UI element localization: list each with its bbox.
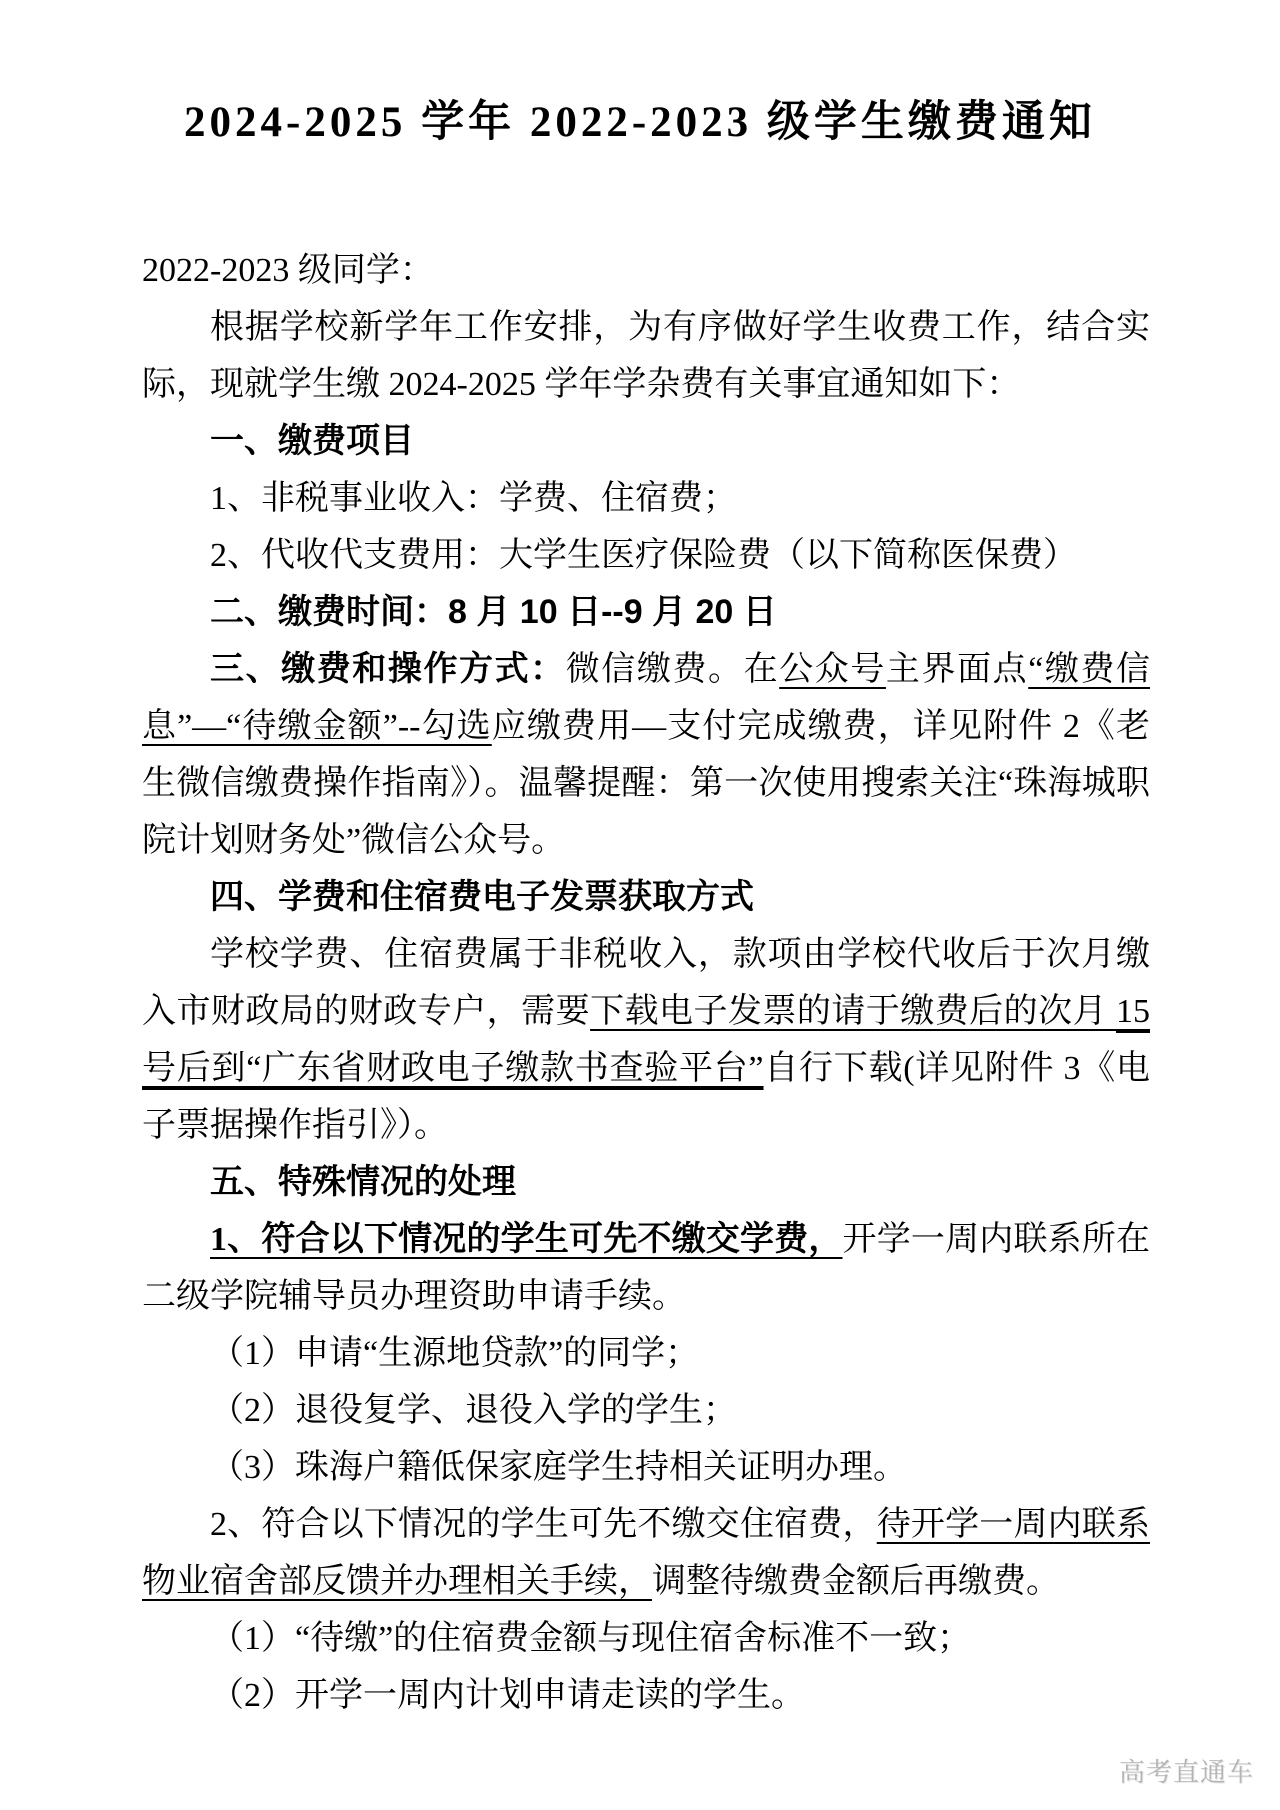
housing-exemption-text: 调整待缴费金额后再缴费。 — [652, 1563, 1060, 1600]
document-page: 2024-2025 学年 2022-2023 级学生缴费通知 2022-2023… — [0, 0, 1280, 1810]
paragraph-housing-exemption: 2、符合以下情况的学生可先不缴交住宿费，待开学一周内联系物业宿舍部反馈并办理相关… — [142, 1496, 1150, 1610]
housing-exemption-text: 2、符合以下情况的学生可先不缴交住宿费， — [210, 1506, 877, 1543]
tuition-exemption-bold-underlined: 1、符合以下情况的学生可先不缴交学费， — [210, 1221, 843, 1258]
watermark: 高考直通车 — [1119, 1752, 1254, 1789]
page-title: 2024-2025 学年 2022-2023 级学生缴费通知 — [0, 88, 1280, 149]
intro-paragraph: 根据学校新学年工作安排，为有序做好学生收费工作，结合实际，现就学生缴 2024-… — [142, 299, 1150, 413]
document-body: 2022-2023 级同学： 根据学校新学年工作安排，为有序做好学生收费工作，结… — [142, 242, 1150, 1724]
payment-method-text: 主界面点 — [886, 651, 1028, 688]
official-account-underlined: 公众号 — [779, 651, 886, 688]
payment-item-1: 1、非税事业收入：学费、住宿费； — [142, 470, 1150, 527]
tuition-case-3: （3）珠海户籍低保家庭学生持相关证明办理。 — [142, 1439, 1150, 1496]
housing-case-1: （1）“待缴”的住宿费金额与现住宿舍标准不一致； — [142, 1610, 1150, 1667]
housing-case-2: （2）开学一周内计划申请走读的学生。 — [142, 1667, 1150, 1724]
tuition-case-2: （2）退役复学、退役入学的学生； — [142, 1382, 1150, 1439]
heading-payment-method-label: 三、缴费和操作方式： — [210, 650, 566, 688]
heading-special-cases: 五、特殊情况的处理 — [142, 1154, 1150, 1211]
paragraph-invoice: 学校学费、住宿费属于非税收入，款项由学校代收后于次月缴入市财政局的财政专户，需要… — [142, 926, 1150, 1154]
heading-invoice: 四、学费和住宿费电子发票获取方式 — [142, 869, 1150, 926]
heading-payment-time: 二、缴费时间：8 月 10 日--9 月 20 日 — [142, 584, 1150, 641]
invoice-download-underlined: 下载电子发票的请于缴费后的次月 — [590, 993, 1116, 1030]
payment-method-text: 微信缴费。在 — [566, 651, 779, 688]
heading-payment-items: 一、缴费项目 — [142, 413, 1150, 470]
payment-item-2: 2、代收代支费用：大学生医疗保险费（以下简称医保费） — [142, 527, 1150, 584]
paragraph-tuition-exemption: 1、符合以下情况的学生可先不缴交学费，开学一周内联系所在二级学院辅导员办理资助申… — [142, 1211, 1150, 1325]
salutation: 2022-2023 级同学： — [142, 242, 1150, 299]
paragraph-payment-method: 三、缴费和操作方式：微信缴费。在公众号主界面点“缴费信息”—“待缴金额”--勾选… — [142, 641, 1150, 869]
tuition-case-1: （1）申请“生源地贷款”的同学； — [142, 1325, 1150, 1382]
